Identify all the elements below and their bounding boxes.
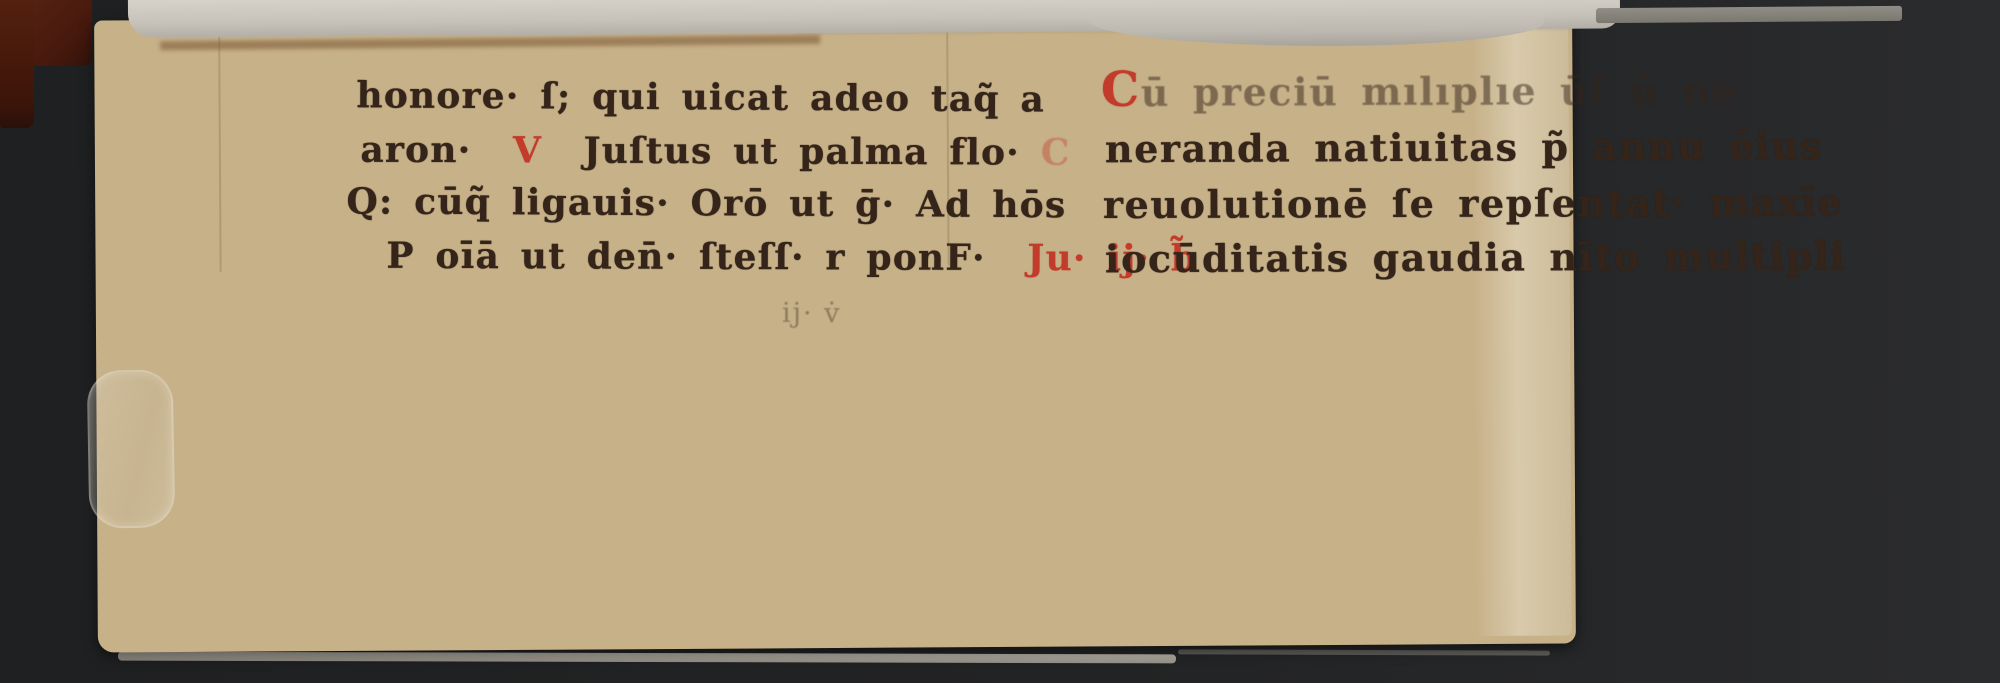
text-line: iocūditatis gaudia nīto multipli <box>968 188 1847 327</box>
faint-quire-mark: ij· v̇ <box>782 298 841 329</box>
manuscript-photo: honore· ſ; qui uicat adeo taq̃ a aron· V… <box>0 0 2000 683</box>
mounting-clip <box>87 369 176 528</box>
text-layer: honore· ſ; qui uicat adeo taq̃ a aron· V… <box>0 0 2000 683</box>
text-segment: iocūditatis gaudia nīto multipli <box>1105 233 1846 281</box>
upper-page-edge-extension <box>1596 6 1902 23</box>
text-segment: P oīā ut den̄· ſteſſ· r ponF· <box>386 235 986 279</box>
